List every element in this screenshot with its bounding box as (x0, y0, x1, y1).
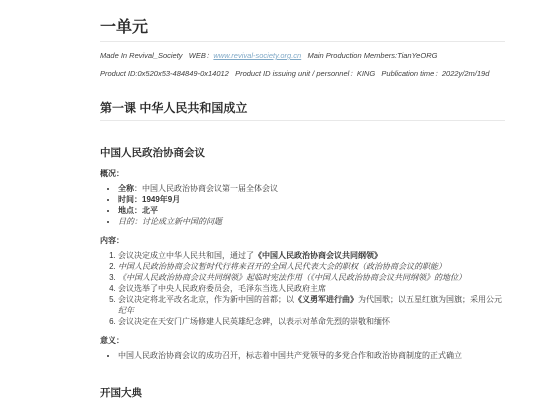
list-item: 时间：1949年9月 (118, 194, 505, 205)
list-item: 会议决定在天安门广场修建人民英雄纪念碑，以表示对革命先烈的崇敬和缅怀 (118, 316, 505, 327)
text-segment: 为代国歌；以五星红旗为国旗；采用公元 (358, 295, 502, 304)
text-segment: 会议选举了中央人民政府委员会，毛泽东当选人民政府主席 (118, 284, 326, 293)
text-segment: 地点：北平 (118, 206, 158, 215)
text-segment: 目的：讨论成立新中国的问题 (118, 217, 222, 226)
text-segment: 纪年 (118, 306, 134, 315)
list-item: 目的：讨论成立新中国的问题 (118, 216, 505, 227)
list-item: 全称：中国人民政治协商会议第一届全体会议 (118, 183, 505, 194)
list-item: 地点：北平 (118, 205, 505, 216)
text-segment: 中国人民政治协商会议的成功召开，标志着中国共产党领导的多党合作和政治协商制度的正… (118, 351, 462, 360)
text-segment: 会议决定成立中华人民共和国，通过了 (118, 251, 254, 260)
list-item: 会议决定成立中华人民共和国，通过了《中国人民政治协商会议共同纲领》 (118, 250, 505, 261)
text-segment: 中国人民政治协商会议暂时代行将来召开的全国人民代表大会的职权（政治协商会议的职能… (118, 262, 446, 271)
text-segment: Made In Revival_Society WEB： (100, 51, 213, 60)
overview-list: 全称：中国人民政治协商会议第一届全体会议时间：1949年9月地点：北平目的：讨论… (100, 183, 505, 227)
document-page: 一单元 Made In Revival_Society WEB：www.revi… (0, 0, 540, 400)
section-title-founding-ceremony: 开国大典 (100, 387, 505, 400)
text-segment: 时间：1949年9月 (118, 195, 180, 204)
text-segment: ：中国人民政治协商会议第一届全体会议 (134, 184, 278, 193)
lesson-title: 第一课 中华人民共和国成立 (100, 101, 505, 121)
section-title-cppcc: 中国人民政治协商会议 (100, 147, 505, 160)
overview-label: 概况： (100, 168, 505, 179)
page-title: 一单元 (100, 18, 505, 42)
meaning-label: 意义： (100, 335, 505, 346)
list-item: 会议选举了中央人民政府委员会，毛泽东当选人民政府主席 (118, 283, 505, 294)
text-segment: 《义勇军进行曲》 (294, 295, 358, 304)
list-item: 中国人民政治协商会议暂时代行将来召开的全国人民代表大会的职权（政治协商会议的职能… (118, 261, 505, 272)
content-list: 会议决定成立中华人民共和国，通过了《中国人民政治协商会议共同纲领》中国人民政治协… (100, 250, 505, 327)
text-segment: 全称 (118, 184, 134, 193)
list-item: 《中国人民政治协商会议共同纲领》起临时宪法作用（《中国人民政治协商会议共同纲领》… (118, 272, 505, 283)
meta-line-credits: Made In Revival_Society WEB：www.revival-… (100, 50, 505, 61)
text-segment: Main Production Members:TianYeORG (301, 51, 437, 60)
list-item: 会议决定将北平改名北京，作为新中国的首都；以《义勇军进行曲》为代国歌；以五星红旗… (118, 294, 505, 316)
text-segment: 《中国人民政治协商会议共同纲领》起临时宪法作用（《中国人民政治协商会议共同纲领》… (118, 273, 466, 282)
text-segment: 会议决定在天安门广场修建人民英雄纪念碑，以表示对革命先烈的崇敬和缅怀 (118, 317, 390, 326)
text-segment: Product ID:0x520x53-484849-0x14012 Produ… (100, 69, 489, 78)
text-segment: 会议决定将北平改名北京，作为新中国的首都；以 (118, 295, 294, 304)
web-link[interactable]: www.revival-society.org.cn (213, 51, 301, 60)
list-item: 中国人民政治协商会议的成功召开，标志着中国共产党领导的多党合作和政治协商制度的正… (118, 350, 505, 361)
content-label: 内容： (100, 235, 505, 246)
text-segment: 《中国人民政治协商会议共同纲领》 (254, 251, 382, 260)
meta-line-product: Product ID:0x520x53-484849-0x14012 Produ… (100, 68, 505, 79)
meaning-list: 中国人民政治协商会议的成功召开，标志着中国共产党领导的多党合作和政治协商制度的正… (100, 350, 505, 361)
